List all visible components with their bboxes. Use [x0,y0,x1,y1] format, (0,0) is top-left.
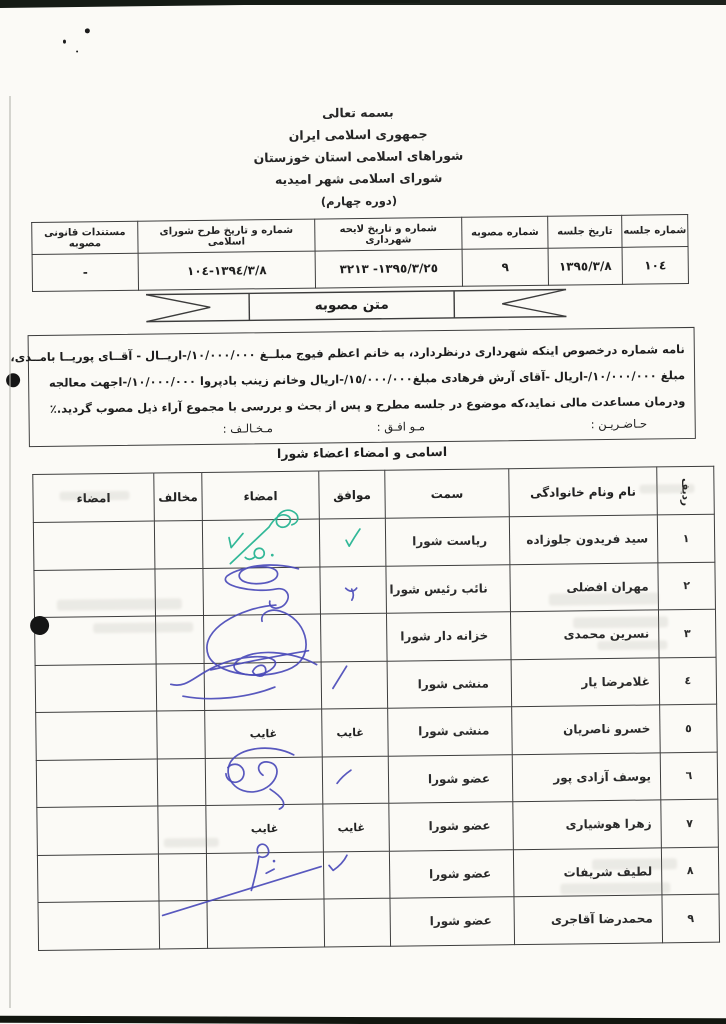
member-cell-no: ١ [657,514,715,562]
member-cell-no: ٧ [661,799,719,847]
member-cell-agree: غایب [323,803,390,851]
member-cell-agree [322,756,389,804]
info-col-value: ١٣٩٥/٣/٢٥- ٣٢١٣ [315,249,462,288]
members-col-header-agree: موافق [319,470,386,519]
member-cell-pos: عضو شورا [389,802,514,851]
member-cell-pos: عضو شورا [390,897,515,946]
info-col-value: - [32,253,138,291]
member-cell-name: غلامرضا یار [511,657,660,706]
member-cell-dis [158,853,207,901]
bleed-through-artifact [592,858,677,870]
bleed-through-artifact [93,622,193,633]
members-col-header-disagree: مخالف [154,472,203,521]
member-cell-name: خسرو ناصریان [512,705,661,754]
member-row: ٥خسرو ناصریانمنشی شوراغایبغایب [36,704,718,760]
member-row: ٨لطیف شریفاتعضو شورا [37,847,719,903]
bleed-through-artifact [164,838,219,848]
member-cell-sig2 [38,901,160,950]
member-cell-dis [156,663,205,711]
member-cell-no: ٥ [660,704,718,752]
member-cell-dis [157,710,206,758]
bleed-through-artifact [597,640,667,650]
disagree-label: مـخـالـف : [223,421,273,438]
present-label: حـاضـریـن : [591,417,648,434]
member-row: ٧زهرا هوشیاریعضو شوراغایبغایب [37,799,719,855]
resolution-ribbon: متن مصوبه [144,286,568,324]
member-cell-sig2 [35,664,157,713]
letterhead: بسمه تعالی جمهوری اسلامی ایران شوراهای ا… [0,98,722,217]
resolution-text: نامه شماره درخصوص اینکه شهرداری درنظردار… [38,336,686,422]
member-cell-dis [154,520,203,568]
member-cell-sig [207,899,325,948]
member-cell-name: سید فریدون جلوزاده [509,515,658,564]
member-cell-pos: عضو شورا [388,754,513,803]
member-cell-name: یوسف آزادی پور [512,752,661,801]
ink-speck [85,28,90,33]
members-col-header-name: نام ونام خانوادگی [509,467,658,517]
member-cell-sig [204,614,322,663]
info-col-header: مستندات قانونی مصوبه [32,221,138,254]
member-cell-pos: منشی شورا [388,707,513,756]
punch-hole-bottom [30,616,49,635]
info-col-value: ١٣٩٤/٣/٨-١٠٤ [138,251,315,290]
member-cell-pos: منشی شورا [387,659,512,708]
member-cell-sig [205,757,323,806]
member-cell-agree [320,566,387,614]
bleed-through-artifact [560,882,670,894]
session-info-table: شماره جلسهتاریخ جلسهشماره مصوبهشماره و ت… [31,214,689,292]
member-cell-sig2 [33,521,155,570]
member-row: ٤غلامرضا یارمنشی شورا [35,657,717,713]
member-cell-sig [202,519,320,568]
bleed-through-artifact [549,592,659,605]
info-col-header: شماره و تاریخ لایحه شهرداری [315,217,462,251]
paper-content: بسمه تعالی جمهوری اسلامی ایران شوراهای ا… [0,0,726,1024]
ink-speck [63,40,66,44]
member-row: ١سید فریدون جلوزادهریاست شورا [33,514,715,570]
member-row: ٩محمدرضا آقاجریعضو شورا [38,894,720,950]
member-cell-name: محمدرضا آقاجری [514,895,663,944]
info-col-value: ١٣٩٥/٣/٨ [548,247,622,285]
members-col-header-signature: امضاء [202,471,320,520]
member-cell-pos: نائب رئیس شورا [386,564,511,613]
member-cell-sig2 [37,854,159,903]
bleed-through-artifact [639,484,694,494]
members-table: ردیفنام ونام خانوادگیسمتموافقامضاءمخالفا… [32,466,720,951]
member-cell-sig [206,852,324,901]
member-cell-agree [320,613,387,661]
members-col-header-position: سمت [385,469,510,519]
member-cell-sig: غایب [206,804,324,853]
member-cell-agree [319,518,386,566]
member-cell-no: ٢ [658,562,716,610]
info-col-value: ١٠٤ [622,247,688,285]
info-col-header: شماره و تاریخ طرح شورای اسلامی [138,219,315,253]
info-value-row: ١٠٤١٣٩٥/٣/٨٩١٣٩٥/٣/٢٥- ٣٢١٣١٣٩٤/٣/٨-١٠٤- [32,247,688,292]
ink-speck [76,50,78,52]
info-col-header: شماره جلسه [622,215,688,248]
member-cell-sig2 [36,759,158,808]
member-cell-agree: غایب [322,708,389,756]
member-cell-sig [204,662,322,711]
scanned-document-page: بسمه تعالی جمهوری اسلامی ایران شوراهای ا… [0,0,726,1024]
member-cell-sig [203,567,321,616]
info-col-value: ٩ [462,248,548,286]
member-cell-pos: خزانه دار شورا [386,612,511,661]
bleed-through-artifact [57,598,182,611]
member-cell-agree [324,898,391,946]
agree-label: مـو افـق : [377,419,426,436]
bleed-through-artifact [59,491,129,501]
info-col-header: شماره مصوبه [462,216,548,249]
member-cell-name: زهرا هوشیاری [513,800,662,849]
member-cell-no: ٤ [659,657,717,705]
member-cell-no: ٦ [660,752,718,800]
member-cell-sig2 [37,806,159,855]
member-cell-dis [159,900,208,948]
member-cell-pos: عضو شورا [389,849,514,898]
bleed-through-artifact [573,616,668,628]
ribbon-title: متن مصوبه [249,288,454,324]
member-row: ٦یوسف آزادی پورعضو شورا [36,752,718,808]
member-cell-sig: غایب [205,709,323,758]
info-col-header: تاریخ جلسه [548,215,622,248]
member-cell-dis [157,758,206,806]
member-cell-no: ٩ [662,894,720,942]
member-cell-sig2 [36,711,158,760]
member-cell-agree [323,851,390,899]
members-header-row: ردیفنام ونام خانوادگیسمتموافقامضاءمخالفا… [33,466,715,522]
member-cell-agree [321,661,388,709]
member-cell-pos: ریاست شورا [385,517,510,566]
paper-edge-shadow [9,96,11,1008]
